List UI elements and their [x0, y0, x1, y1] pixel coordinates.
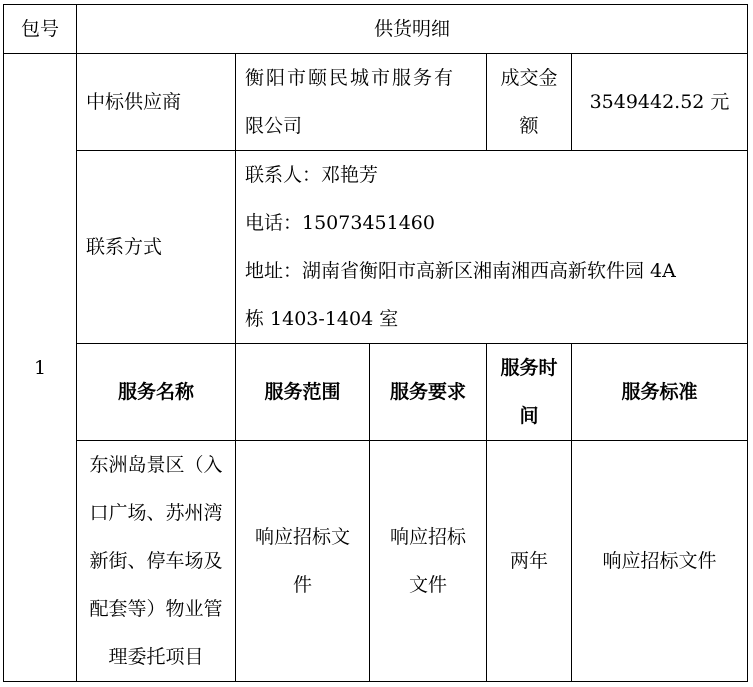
amount-label: 成交金 额 — [487, 54, 572, 151]
service-name-line: 配套等）物业管 — [77, 585, 235, 633]
contact-info: 联系人：邓艳芳 电话：15073451460 地址：湖南省衡阳市高新区湘南湘西高… — [236, 151, 748, 344]
service-requirement-line: 响应招标 — [370, 513, 486, 561]
service-name-line: 理委托项目 — [77, 633, 235, 681]
supplier-name-line-2: 限公司 — [245, 102, 486, 150]
service-header-name: 服务名称 — [77, 344, 236, 441]
supplier-name: 衡阳市颐民城市服务有 限公司 — [236, 54, 487, 151]
service-header-requirement: 服务要求 — [370, 344, 487, 441]
service-name: 东洲岛景区（入 口广场、苏州湾 新街、停车场及 配套等）物业管 理委托项目 — [77, 441, 236, 682]
service-scope-line: 件 — [236, 561, 369, 609]
package-number: 1 — [4, 54, 77, 682]
service-requirement: 响应招标 文件 — [370, 441, 487, 682]
service-header-standard: 服务标准 — [572, 344, 748, 441]
header-supply-detail: 供货明细 — [77, 5, 748, 54]
amount-label-line-1: 成交金 — [487, 54, 571, 102]
service-header-scope: 服务范围 — [236, 344, 370, 441]
supplier-name-line-1: 衡阳市颐民城市服务有 — [245, 54, 486, 102]
service-header-time-line-1: 服务时 — [487, 344, 571, 392]
supplier-label: 中标供应商 — [77, 54, 236, 151]
amount-value: 3549442.52 元 — [572, 54, 748, 151]
service-header-time: 服务时 间 — [487, 344, 572, 441]
contact-phone: 电话：15073451460 — [245, 199, 747, 247]
service-header-time-line-2: 间 — [487, 392, 571, 440]
contact-person: 联系人：邓艳芳 — [245, 151, 747, 199]
service-name-line: 东洲岛景区（入 — [77, 441, 235, 489]
service-scope-line: 响应招标文 — [236, 513, 369, 561]
service-standard: 响应招标文件 — [572, 441, 748, 682]
contact-label: 联系方式 — [77, 151, 236, 344]
service-scope: 响应招标文 件 — [236, 441, 370, 682]
amount-label-line-2: 额 — [487, 102, 571, 150]
service-name-line: 口广场、苏州湾 — [77, 489, 235, 537]
contact-address-line-2: 栋 1403-1404 室 — [245, 295, 747, 343]
header-package-no: 包号 — [4, 5, 77, 54]
service-name-line: 新街、停车场及 — [77, 537, 235, 585]
contact-address-line-1: 地址：湖南省衡阳市高新区湘南湘西高新软件园 4A — [245, 247, 747, 295]
service-duration: 两年 — [487, 441, 572, 682]
supply-detail-table: 包号 供货明细 1 中标供应商 衡阳市颐民城市服务有 限公司 成交金 额 354… — [3, 4, 748, 682]
service-requirement-line: 文件 — [370, 561, 486, 609]
